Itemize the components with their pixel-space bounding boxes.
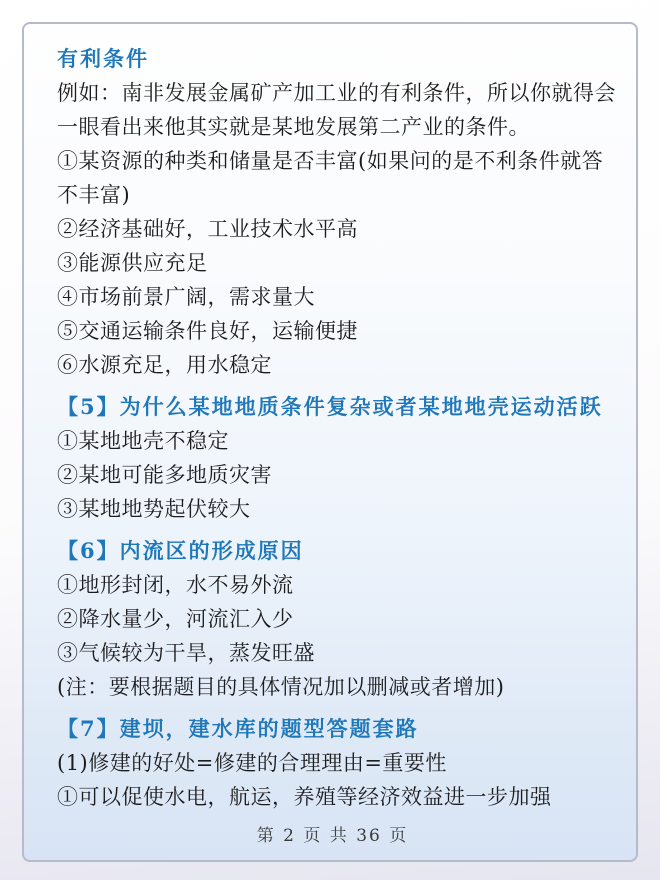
text-line: ②某地可能多地质灾害: [57, 458, 608, 492]
text-line: ③能源供应充足: [57, 246, 608, 280]
text-line: 一眼看出来他其实就是某地发展第二产业的条件。: [57, 110, 608, 144]
section-title-question-7: 【7】建坝，建水库的题型答题套路: [57, 712, 608, 746]
text-line: ②经济基础好，工业技术水平高: [57, 212, 608, 246]
text-line: ⑤交通运输条件良好，运输便捷: [57, 314, 608, 348]
text-line: 不丰富): [57, 178, 608, 212]
section-title-question-6: 【6】内流区的形成原因: [57, 534, 608, 568]
text-line: (1)修建的好处=修建的合理理由=重要性: [57, 746, 608, 780]
section-title-question-5: 【5】为什么某地地质条件复杂或者某地地壳运动活跃: [57, 390, 608, 424]
text-line: ④市场前景广阔，需求量大: [57, 280, 608, 314]
text-line: (注：要根据题目的具体情况加以删减或者增加): [57, 670, 608, 704]
text-line: ①可以促使水电，航运，养殖等经济效益进一步加强: [57, 780, 608, 814]
text-line: ①某地地壳不稳定: [57, 424, 608, 458]
page-number-footer: 第 2 页 共 36 页: [57, 825, 608, 847]
text-line: ③气候较为干旱，蒸发旺盛: [57, 636, 608, 670]
notes-page-card: 有利条件 例如：南非发展金属矿产加工业的有利条件，所以你就得会 一眼看出来他其实…: [22, 22, 638, 862]
text-line: 例如：南非发展金属矿产加工业的有利条件，所以你就得会: [57, 76, 608, 110]
text-line: ①某资源的种类和储量是否丰富(如果问的是不利条件就答: [57, 144, 608, 178]
section-title-favorable-conditions: 有利条件: [57, 42, 608, 76]
text-line: ③某地地势起伏较大: [57, 492, 608, 526]
text-line: ⑥水源充足，用水稳定: [57, 348, 608, 382]
text-line: ②降水量少，河流汇入少: [57, 602, 608, 636]
text-line: ①地形封闭，水不易外流: [57, 568, 608, 602]
